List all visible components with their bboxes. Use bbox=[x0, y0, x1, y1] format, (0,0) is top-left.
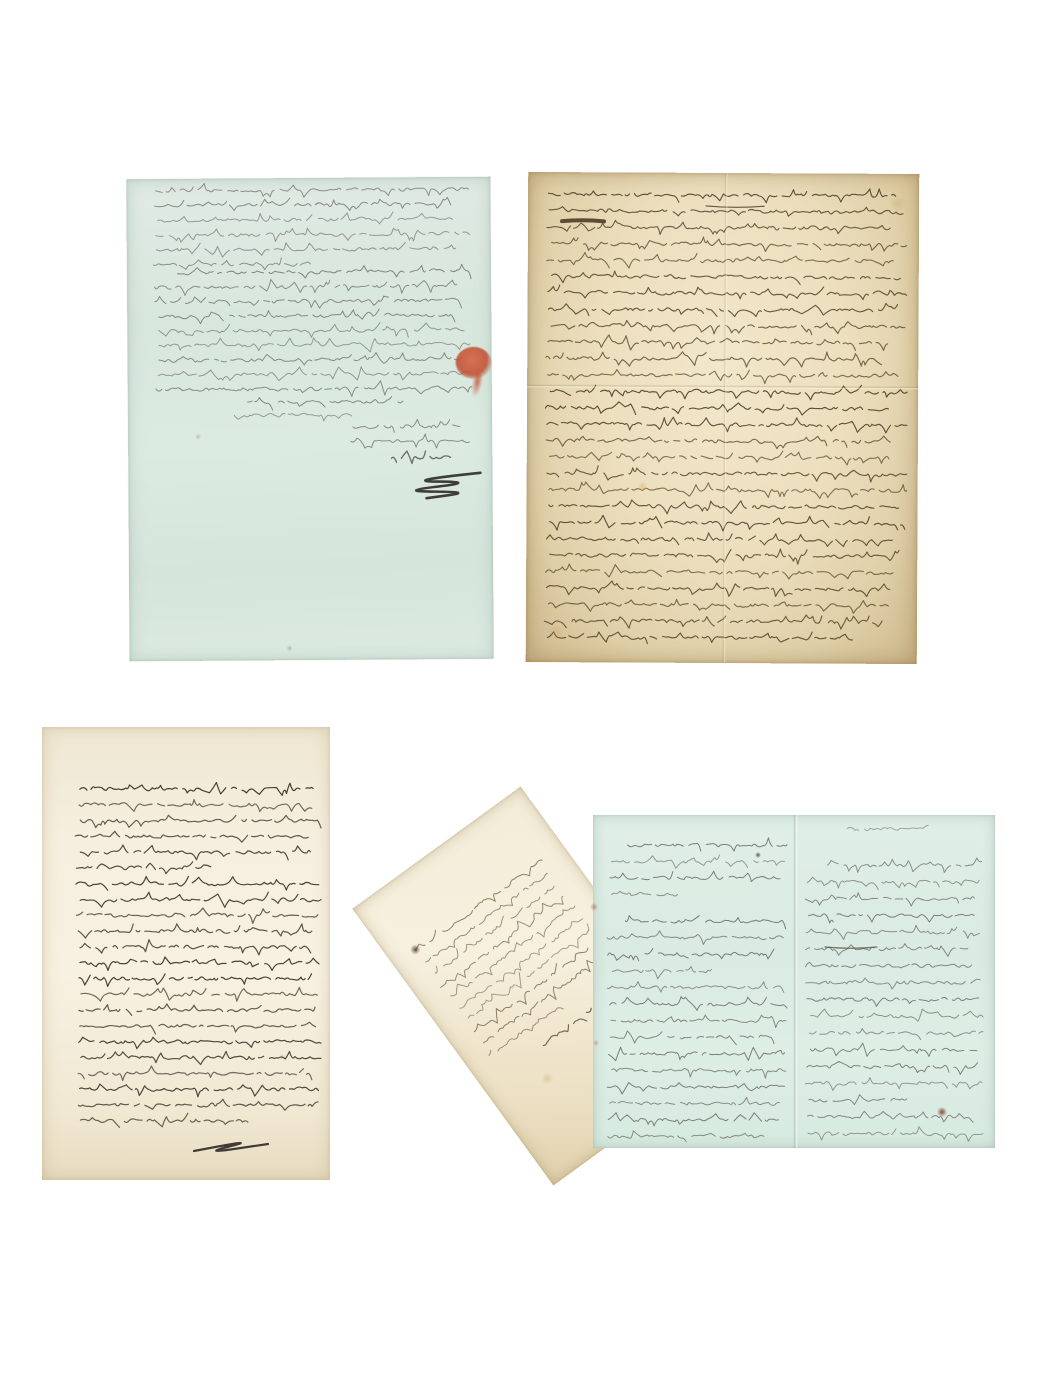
handwriting-line bbox=[79, 974, 312, 987]
handwriting-line bbox=[79, 1004, 315, 1016]
handwriting-line bbox=[248, 396, 403, 410]
ink-blot bbox=[755, 852, 761, 858]
handwriting-line bbox=[80, 892, 321, 907]
handwriting-letter-bottom-left bbox=[42, 727, 330, 1180]
handwriting-line bbox=[628, 838, 787, 851]
handwriting-line bbox=[353, 419, 460, 433]
handwriting-line bbox=[608, 1113, 778, 1126]
handwriting-line bbox=[805, 1078, 982, 1091]
handwriting-line bbox=[431, 881, 555, 975]
handwriting-line bbox=[546, 564, 893, 580]
ink-blot bbox=[590, 903, 598, 911]
handwriting-line bbox=[808, 914, 974, 923]
handwriting-line bbox=[551, 320, 905, 335]
handwriting-line bbox=[78, 1099, 318, 1110]
handwriting-line bbox=[612, 967, 711, 979]
handwriting-line bbox=[75, 831, 308, 842]
handwriting-line bbox=[155, 197, 451, 212]
handwriting-line bbox=[157, 241, 456, 257]
handwriting-line bbox=[80, 815, 321, 828]
handwriting-line bbox=[80, 940, 315, 955]
handwriting-line bbox=[547, 631, 852, 645]
handwriting-line bbox=[80, 783, 313, 796]
handwriting-letter-top-left bbox=[126, 177, 493, 662]
handwriting-line bbox=[806, 962, 972, 967]
handwriting-line bbox=[548, 335, 888, 352]
handwriting-line bbox=[351, 433, 470, 448]
ink-blot bbox=[195, 434, 201, 440]
handwriting-line bbox=[78, 924, 311, 938]
handwriting-line bbox=[611, 1015, 786, 1028]
handwriting-line bbox=[607, 982, 784, 993]
handwriting-line bbox=[80, 1022, 316, 1034]
handwriting-line bbox=[480, 951, 607, 1049]
handwriting-line bbox=[806, 978, 980, 989]
red-wax-seal bbox=[456, 347, 492, 379]
handwriting-line bbox=[810, 1029, 984, 1040]
handwriting-line bbox=[78, 1066, 312, 1081]
handwriting-line bbox=[607, 1083, 784, 1095]
handwriting-line bbox=[542, 1008, 596, 1050]
handwriting-line bbox=[610, 1031, 779, 1045]
handwriting-line bbox=[154, 278, 456, 295]
handwriting-line bbox=[159, 322, 464, 339]
ink-blot bbox=[593, 1040, 599, 1046]
handwriting-line bbox=[607, 931, 783, 945]
handwriting-line bbox=[548, 599, 888, 614]
handwriting-line bbox=[158, 366, 470, 382]
scratched-out-word bbox=[562, 220, 604, 221]
handwriting-line bbox=[234, 413, 351, 422]
handwriting-line bbox=[847, 825, 928, 830]
letter-top-right bbox=[526, 172, 920, 664]
handwriting-line bbox=[808, 1127, 983, 1142]
handwriting-line bbox=[547, 252, 893, 269]
ink-blot bbox=[937, 1107, 947, 1117]
manuscripts-collage bbox=[0, 0, 1043, 1389]
ink-blot bbox=[889, 195, 907, 213]
handwriting-line bbox=[81, 1051, 321, 1064]
ink-blot bbox=[287, 645, 293, 651]
handwriting-line bbox=[465, 924, 596, 1025]
handwriting-line bbox=[548, 187, 895, 203]
handwriting-line bbox=[546, 351, 882, 368]
handwriting-line bbox=[156, 227, 470, 243]
handwriting-line bbox=[156, 182, 469, 199]
handwriting-line bbox=[810, 1043, 977, 1056]
handwriting-line bbox=[550, 515, 905, 532]
handwriting-line bbox=[546, 532, 892, 547]
handwriting-line bbox=[425, 872, 551, 966]
handwriting-line bbox=[809, 1095, 907, 1105]
handwriting-line bbox=[177, 264, 471, 281]
handwriting-line bbox=[608, 1131, 764, 1142]
handwriting-line bbox=[805, 893, 974, 906]
handwriting-line bbox=[76, 862, 210, 874]
handwriting-line bbox=[811, 1009, 983, 1021]
handwriting-line bbox=[610, 871, 780, 881]
handwriting-line bbox=[77, 908, 318, 923]
handwriting-line bbox=[81, 987, 318, 1001]
handwriting-line bbox=[608, 948, 774, 960]
handwriting-line bbox=[610, 1097, 780, 1105]
letter-top-left bbox=[126, 177, 493, 662]
handwriting-line bbox=[159, 336, 470, 353]
handwriting-line bbox=[80, 1084, 319, 1097]
handwriting-line bbox=[610, 997, 787, 1011]
handwriting-line bbox=[158, 212, 453, 226]
handwriting-line bbox=[612, 891, 678, 896]
handwriting-line bbox=[391, 451, 450, 464]
underline-mark bbox=[706, 206, 764, 208]
handwriting-line bbox=[545, 401, 888, 415]
handwriting-line bbox=[807, 997, 979, 1006]
handwriting-line bbox=[79, 800, 312, 812]
handwriting-line bbox=[552, 236, 907, 252]
handwriting-line bbox=[159, 352, 463, 366]
handwriting-line bbox=[549, 482, 907, 499]
handwriting-line bbox=[156, 380, 472, 398]
handwriting-line bbox=[80, 1113, 248, 1127]
handwriting-line bbox=[806, 944, 973, 957]
handwriting-line bbox=[807, 877, 979, 889]
handwriting-line bbox=[159, 308, 455, 324]
handwriting-line bbox=[612, 1068, 786, 1078]
handwriting-line bbox=[625, 916, 785, 929]
handwriting-line bbox=[76, 876, 319, 890]
handwriting-line bbox=[546, 581, 889, 598]
signature-paraph bbox=[416, 473, 480, 498]
handwriting-line bbox=[80, 845, 310, 860]
handwriting-line bbox=[80, 957, 319, 970]
ink-blot bbox=[548, 624, 564, 640]
letter-bottom-right bbox=[593, 815, 995, 1148]
handwriting-line bbox=[153, 258, 310, 271]
handwriting-line bbox=[807, 1061, 978, 1074]
handwriting-line bbox=[79, 1037, 321, 1048]
letter-bottom-left bbox=[42, 727, 330, 1180]
centre-fold bbox=[793, 815, 798, 1148]
handwriting-line bbox=[547, 466, 907, 483]
ink-blot bbox=[638, 482, 648, 492]
handwriting-line bbox=[828, 858, 982, 873]
handwriting-line bbox=[806, 925, 979, 939]
handwriting-line bbox=[808, 1111, 974, 1122]
handwriting-line bbox=[544, 614, 882, 630]
handwriting-line bbox=[609, 1047, 785, 1061]
handwriting-line bbox=[550, 450, 889, 465]
handwriting-line bbox=[546, 434, 890, 449]
handwriting-line bbox=[436, 891, 568, 993]
underline-mark bbox=[825, 947, 877, 948]
ink-blot bbox=[279, 1054, 285, 1060]
handwriting-line bbox=[155, 294, 462, 310]
closing-flourish bbox=[194, 1143, 268, 1151]
